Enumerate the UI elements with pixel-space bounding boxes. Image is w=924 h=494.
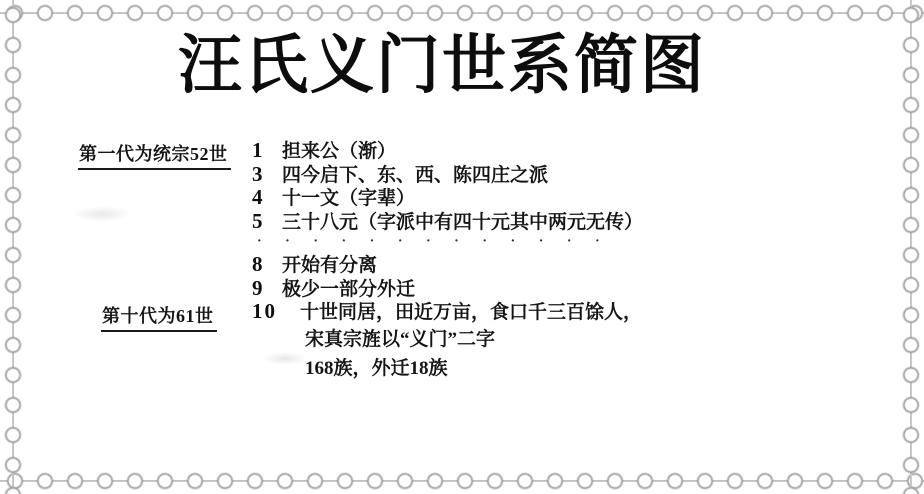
generation-number: 8: [252, 253, 282, 276]
generation-number: 1: [252, 139, 282, 162]
generation-text: 三十八元（字派中有四十元其中两元无传）: [282, 212, 643, 233]
scan-artifact: [72, 206, 132, 222]
perforated-edge-top: [0, 0, 924, 24]
generation-label-first: 第一代为统宗52世: [78, 140, 231, 170]
lineage-row-10-continuation: 宋真宗旌以“义门”二字: [252, 328, 643, 352]
ellipsis-dots: · · · · · · · · · · · · ·: [257, 234, 610, 249]
generation-text: 十一文（字辈）: [282, 188, 415, 209]
generation-text: 168族，外迁18族: [305, 358, 448, 379]
lineage-row-3: 3四今启下、东、西、陈四庄之派: [252, 163, 643, 187]
ellipsis-separator: · · · · · · · · · · · · ·: [252, 233, 643, 253]
perforated-edge-bottom: [0, 470, 924, 494]
generation-text: 十世同居，田近万亩，食口千三百馀人，: [300, 302, 642, 323]
generation-text: 开始有分离: [282, 255, 377, 276]
generation-number: 10: [252, 300, 284, 323]
generation-label-tenth: 第十代为61世: [101, 302, 217, 332]
lineage-row-10-note: 168族，外迁18族: [252, 357, 643, 381]
lineage-row-4: 4十一文（字辈）: [252, 186, 643, 210]
lineage-list: 1担来公（渐） 3四今启下、东、西、陈四庄之派 4十一文（字辈） 5三十八元（字…: [252, 139, 643, 381]
generation-number: 5: [252, 210, 282, 233]
lineage-row-8: 8开始有分离: [252, 253, 643, 277]
lineage-row-5: 5三十八元（字派中有四十元其中两元无传）: [252, 210, 643, 234]
generation-text: 宋真宗旌以“义门”二字: [305, 329, 495, 350]
lineage-row-9: 9极少一部分外迁: [252, 277, 643, 301]
generation-number: 4: [252, 186, 282, 209]
generation-text: 担来公（渐）: [282, 141, 396, 162]
stamp-page: 汪氏义门世系简图 第一代为统宗52世 第十代为61世 1担来公（渐） 3四今启下…: [0, 0, 924, 494]
generation-number: 3: [252, 163, 282, 186]
generation-number: 9: [252, 277, 282, 300]
lineage-row-10: 10十世同居，田近万亩，食口千三百馀人，: [252, 300, 643, 324]
page-title: 汪氏义门世系简图: [0, 26, 904, 106]
generation-text: 四今启下、东、西、陈四庄之派: [282, 165, 548, 186]
generation-text: 极少一部分外迁: [282, 279, 415, 300]
lineage-row-1: 1担来公（渐）: [252, 139, 643, 163]
